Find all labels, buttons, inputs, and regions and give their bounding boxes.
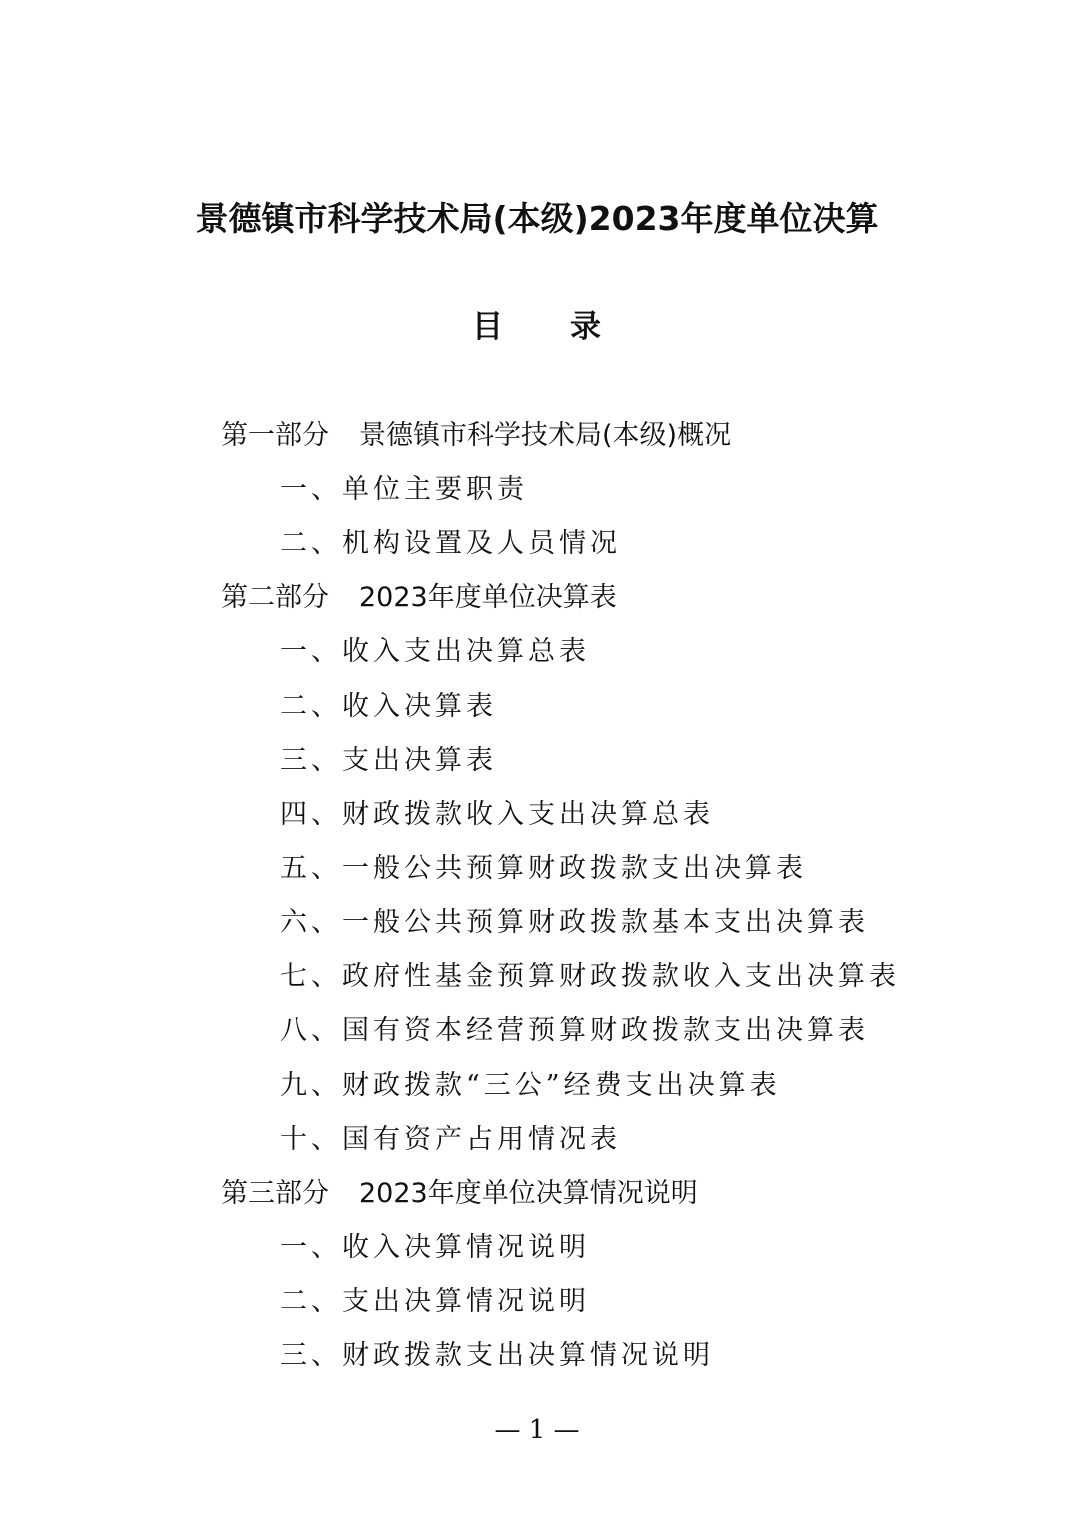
toc-part-1[interactable]: 第一部分景德镇市科学技术局(本级)概况 <box>221 416 731 456</box>
toc-item[interactable]: 七、政府性基金预算财政拨款收入支出决算表 <box>280 957 900 997</box>
toc-item[interactable]: 三、支出决算表 <box>280 741 497 781</box>
toc-item[interactable]: 一、收入支出决算总表 <box>280 632 590 672</box>
toc-item[interactable]: 一、收入决算情况说明 <box>280 1228 590 1268</box>
toc-item[interactable]: 十、国有资产占用情况表 <box>280 1120 621 1160</box>
toc-part-title: 2023年度单位决算表 <box>359 582 617 613</box>
toc-part-2[interactable]: 第二部分2023年度单位决算表 <box>221 578 617 618</box>
toc-item[interactable]: 二、支出决算情况说明 <box>280 1282 590 1322</box>
toc-item[interactable]: 二、收入决算表 <box>280 687 497 727</box>
toc-heading-char-1: 目 <box>472 305 503 349</box>
page-number: — 1 — <box>0 1410 1074 1450</box>
toc-item[interactable]: 九、财政拨款“三公”经费支出决算表 <box>280 1066 781 1106</box>
toc-part-label: 第三部分 <box>221 1178 329 1209</box>
toc-part-title: 2023年度单位决算情况说明 <box>359 1178 698 1209</box>
toc-part-title: 景德镇市科学技术局(本级)概况 <box>359 420 731 451</box>
document-page: 景德镇市科学技术局(本级)2023年度单位决算 目 录 第一部分景德镇市科学技术… <box>0 0 1074 1520</box>
document-title: 景德镇市科学技术局(本级)2023年度单位决算 <box>0 194 1074 244</box>
toc-part-label: 第一部分 <box>221 420 329 451</box>
toc-item[interactable]: 八、国有资本经营预算财政拨款支出决算表 <box>280 1011 869 1051</box>
toc-item[interactable]: 六、一般公共预算财政拨款基本支出决算表 <box>280 903 869 943</box>
toc-part-label: 第二部分 <box>221 582 329 613</box>
toc-item[interactable]: 一、单位主要职责 <box>280 470 528 510</box>
toc-heading-char-2: 录 <box>570 305 601 349</box>
toc-item[interactable]: 四、财政拨款收入支出决算总表 <box>280 795 714 835</box>
toc-part-3[interactable]: 第三部分2023年度单位决算情况说明 <box>221 1174 698 1214</box>
toc-item[interactable]: 三、财政拨款支出决算情况说明 <box>280 1336 714 1376</box>
toc-item[interactable]: 五、一般公共预算财政拨款支出决算表 <box>280 849 807 889</box>
toc-item[interactable]: 二、机构设置及人员情况 <box>280 524 621 564</box>
